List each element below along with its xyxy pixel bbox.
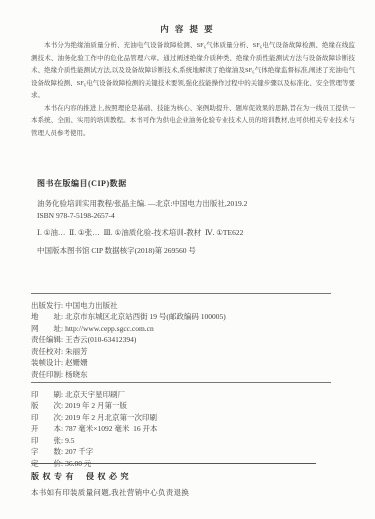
row-label: 网址 [31, 323, 61, 334]
colophon-row: 装帧设计:赵姗姗 [31, 357, 331, 369]
colophon-row: 印次:2019 年 2 月北京第一次印刷 [31, 412, 331, 424]
publisher-block: 出版发行:中国电力出版社 地址:北京市东城区北京站西街 19 号(邮政编码 10… [31, 293, 331, 381]
row-label: 责任编辑 [31, 334, 61, 345]
colophon-row: 版次:2019 年 2 月第一版 [31, 400, 331, 412]
row-value: 杨晓东 [63, 369, 88, 380]
cip-book-line: 油务化验培训实用教程/张晶主编. —北京:中国电力出版社,2019.2 [37, 198, 327, 210]
row-value: 中国电力出版社 [63, 300, 118, 311]
copyright-notice: 版权专有侵权必究 [31, 471, 331, 482]
cip-classification-line: Ⅰ. ①油… Ⅱ. ①张… Ⅲ. ①油质化验-技术培训-教材 Ⅳ. ①TE622 [37, 227, 327, 239]
row-value: 207 千字 [63, 446, 93, 457]
row-value: 北京市东城区北京站西街 19 号(邮政编码 100005) [63, 311, 226, 322]
colophon-row: 地址:北京市东城区北京站西街 19 号(邮政编码 100005) [31, 311, 331, 323]
colophon-row: 出版发行:中国电力出版社 [31, 300, 331, 312]
colophon-row: 开本:787 毫米×1092 毫米 16 开本 [31, 423, 331, 435]
row-value: http://www.cepp.sgcc.com.cn [63, 324, 154, 333]
colophon-row: 印张:9.5 [31, 435, 331, 447]
copyright-section: 版权专有侵权必究 本书如有印装质量问题,我社营销中心负责退换 [31, 471, 331, 498]
cip-isbn-line: ISBN 978-7-5198-2657-4 [37, 210, 327, 222]
copyright-notice-left: 版权专有 [31, 472, 77, 481]
row-label: 责任校对 [31, 346, 61, 357]
colophon-row: 印刷:北京天宇星印刷厂 [31, 389, 331, 401]
copyright-notice-right: 侵权必究 [86, 472, 132, 481]
copyright-page: 内 容 提 要 本书分为绝缘油质量分析、充油电气设备故障检测、SF₆气体质量分析… [0, 0, 375, 519]
row-label: 地址 [31, 311, 61, 322]
colophon-row: 责任校对:朱丽芳 [31, 346, 331, 358]
row-value: 2019 年 2 月第一版 [63, 400, 127, 411]
row-label: 版次 [31, 400, 61, 411]
row-label: 印次 [31, 412, 61, 423]
summary-paragraph: 本书分为绝缘油质量分析、充油电气设备故障检测、SF₆气体质量分析、SF₆电气设备… [31, 40, 355, 103]
cip-heading: 图书在版编目(CIP)数据 [37, 178, 327, 189]
colophon-row: 责任印制:杨晓东 [31, 369, 331, 381]
colophon-row: 责任编辑:王杏云(010-63412394) [31, 334, 331, 346]
divider [31, 463, 316, 464]
row-value: 2019 年 2 月北京第一次印刷 [63, 412, 157, 423]
summary-title: 内 容 提 要 [0, 23, 375, 35]
row-label: 出版发行 [31, 300, 61, 311]
colophon-row: 字数:207 千字 [31, 446, 331, 458]
row-value: 朱丽芳 [63, 346, 88, 357]
cip-record-line: 中国版本图书馆 CIP 数据核字(2018)第 269560 号 [37, 245, 327, 257]
copyright-service-line: 本书如有印装质量问题,我社营销中心负责退换 [31, 487, 331, 498]
row-value: 王杏云(010-63412394) [63, 334, 136, 345]
summary-section: 本书分为绝缘油质量分析、充油电气设备故障检测、SF₆气体质量分析、SF₆电气设备… [31, 40, 355, 140]
row-label: 开本 [31, 423, 61, 434]
row-label: 印张 [31, 435, 61, 446]
print-spec-block: 印刷:北京天宇星印刷厂 版次:2019 年 2 月第一版 印次:2019 年 2… [31, 382, 331, 470]
colophon-row: 网址:http://www.cepp.sgcc.com.cn [31, 323, 331, 335]
row-label: 装帧设计 [31, 357, 61, 368]
row-label: 印刷 [31, 389, 61, 400]
row-value: 赵姗姗 [63, 357, 88, 368]
row-label: 字数 [31, 446, 61, 457]
row-label: 责任印制 [31, 369, 61, 380]
row-value: 9.5 [63, 436, 74, 445]
summary-paragraph: 本书在内容的推进上,按照理论是基础、技能为核心、案例助提升、题库促效果的思路,旨… [31, 103, 355, 141]
row-value: 北京天宇星印刷厂 [63, 389, 125, 400]
row-value: 787 毫米×1092 毫米 16 开本 [63, 423, 157, 434]
cip-section: 图书在版编目(CIP)数据 油务化验培训实用教程/张晶主编. —北京:中国电力出… [37, 178, 327, 256]
